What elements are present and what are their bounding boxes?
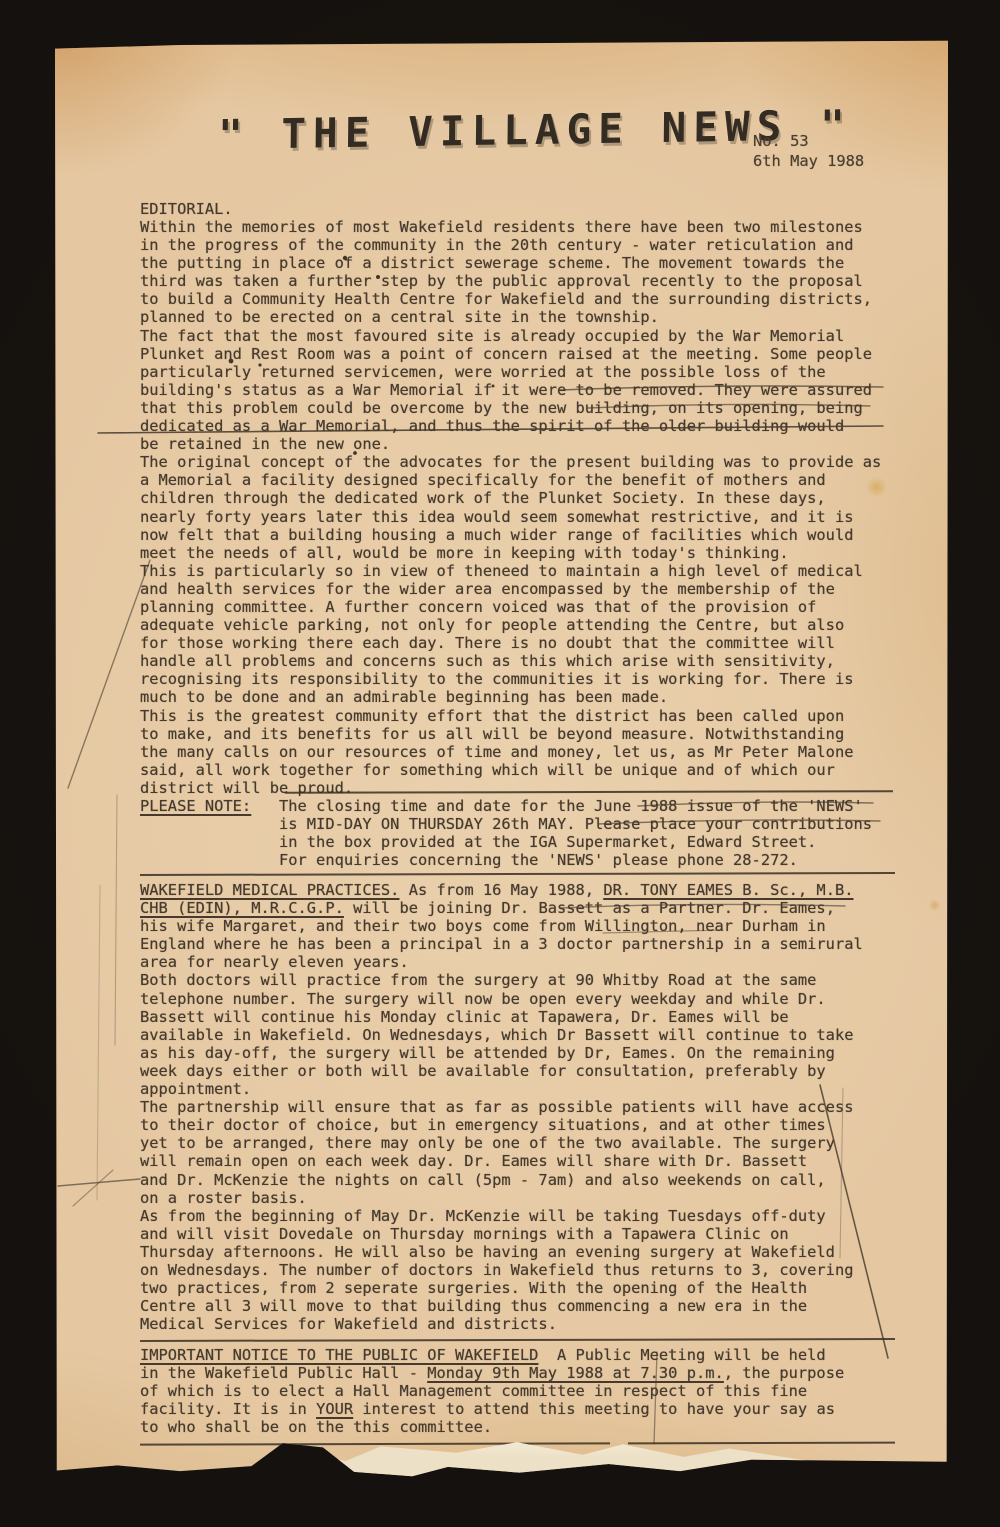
- important-notice-section: IMPORTANT NOTICE TO THE PUBLIC OF WAKEFI…: [140, 1346, 898, 1436]
- medical-intro: As from 16 May 1988,: [399, 881, 603, 899]
- important-notice-heading: IMPORTANT NOTICE TO THE PUBLIC OF WAKEFI…: [140, 1346, 538, 1364]
- medical-practices-section: WAKEFIELD MEDICAL PRACTICES. As from 16 …: [140, 881, 898, 1333]
- editorial-body: Within the memories of most Wakefield re…: [140, 218, 898, 797]
- your-emphasis: YOUR: [316, 1400, 353, 1418]
- bottom-rule-right: [628, 1442, 895, 1445]
- please-note-heading: PLEASE NOTE:: [140, 797, 251, 815]
- divider-rule-above-medical: [140, 872, 895, 876]
- page-content: " THE VILLAGE NEWS " No. 53 6th May 1988…: [140, 40, 898, 1482]
- please-note-section: PLEASE NOTE: The closing time and date f…: [140, 797, 898, 869]
- issue-meta: No. 53 6th May 1988: [753, 132, 864, 171]
- medical-practices-heading: WAKEFIELD MEDICAL PRACTICES.: [140, 881, 399, 899]
- divider-rule-above-important-notice: [140, 1338, 895, 1342]
- issue-number: No. 53: [753, 132, 809, 150]
- meeting-datetime: Monday 9th May 1988 at 7.30 p.m.: [427, 1364, 724, 1382]
- scanned-newsletter-page: { "colors": { "backing": "#15110e", "pap…: [0, 0, 1000, 1527]
- editorial-heading: EDITORIAL.: [140, 200, 898, 218]
- newsletter-paper: " THE VILLAGE NEWS " No. 53 6th May 1988…: [55, 40, 948, 1482]
- medical-body: will be joining Dr. Bassett as a Partner…: [140, 899, 863, 1333]
- issue-date: 6th May 1988: [753, 152, 864, 170]
- bottom-rule-left: [140, 1442, 610, 1445]
